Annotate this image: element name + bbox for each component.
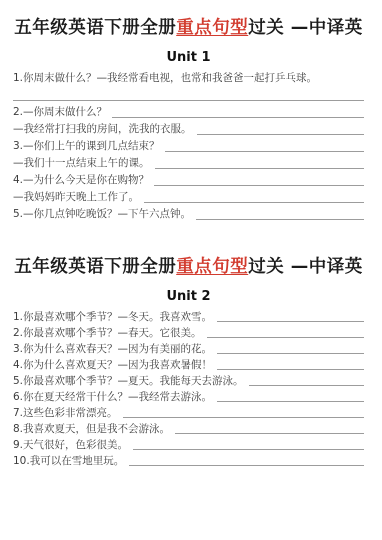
- unit-1-questions: 1.你周末做什么？—我经常看电视，也常和我爸爸一起打乒乓球。2.—你周末做什么？…: [13, 70, 364, 223]
- unit-2-questions: 1.你最喜欢哪个季节？—冬天。我喜欢雪。2.你最喜欢哪个季节？—春天。它很美。3…: [13, 309, 364, 469]
- question-text: —我经常打扫我的房间，洗我的衣服。: [13, 121, 197, 138]
- question-row: 5.—你几点钟吃晚饭？—下午六点钟。: [13, 206, 364, 223]
- question-text: 8.我喜欢夏天，但是我不会游泳。: [13, 421, 175, 437]
- question-row: 4.你为什么喜欢夏天？—因为我喜欢暑假！: [13, 357, 364, 373]
- answer-blank-line: [207, 325, 364, 338]
- answer-blank-line: [133, 437, 364, 450]
- question-row: 10.我可以在雪地里玩。: [13, 453, 364, 469]
- question-row: 9.天气很好，色彩很美。: [13, 437, 364, 453]
- question-row: 6.你在夏天经常干什么？—我经常去游泳。: [13, 389, 364, 405]
- question-row: 2.你最喜欢哪个季节？—春天。它很美。: [13, 325, 364, 341]
- question-row: —我妈妈昨天晚上工作了。: [13, 189, 364, 206]
- question-text: —我妈妈昨天晚上工作了。: [13, 189, 144, 206]
- question-text: 9.天气很好，色彩很美。: [13, 437, 133, 453]
- title-highlight: 重点句型: [176, 18, 248, 38]
- question-text: 3.你为什么喜欢春天？—因为有美丽的花。: [13, 341, 217, 357]
- document-title-repeat: 五年级英语下册全册重点句型过关 —中译英: [13, 255, 364, 279]
- question-text: 6.你在夏天经常干什么？—我经常去游泳。: [13, 389, 217, 405]
- answer-blank-line: [155, 155, 365, 169]
- question-text: 4.你为什么喜欢夏天？—因为我喜欢暑假！: [13, 357, 217, 373]
- answer-blank-line: [197, 121, 365, 135]
- question-row: —我经常打扫我的房间，洗我的衣服。: [13, 121, 364, 138]
- title-text-post: 过关 —中译英: [248, 18, 363, 38]
- answer-blank-line: [217, 341, 364, 354]
- question-row: 3.—你们上午的课到几点结束？: [13, 138, 364, 155]
- unit-2-heading: Unit 2: [13, 289, 364, 305]
- answer-blank-line: [196, 206, 364, 220]
- question-text: 2.—你周末做什么？: [13, 104, 112, 121]
- worksheet-page: 五年级英语下册全册重点句型过关 —中译英 Unit 1 1.你周末做什么？—我经…: [0, 0, 382, 540]
- answer-blank-line: [217, 357, 364, 370]
- question-row: 2.—你周末做什么？: [13, 104, 364, 121]
- question-text: 7.这些色彩非常漂亮。: [13, 405, 123, 421]
- question-row: 7.这些色彩非常漂亮。: [13, 405, 364, 421]
- answer-blank-line: [144, 189, 364, 203]
- question-row: 4.—为什么今天是你在购物？: [13, 172, 364, 189]
- question-text: 10.我可以在雪地里玩。: [13, 453, 129, 469]
- answer-blank-line: [123, 405, 364, 418]
- answer-blank-line: [175, 421, 364, 434]
- question-text: 5.你最喜欢哪个季节？—夏天。我能每天去游泳。: [13, 373, 249, 389]
- answer-blank-line: [217, 389, 364, 402]
- question-row: 1.你周末做什么？—我经常看电视，也常和我爸爸一起打乒乓球。: [13, 70, 364, 87]
- question-text: 4.—为什么今天是你在购物？: [13, 172, 154, 189]
- question-text: —我们十一点结束上午的课。: [13, 155, 155, 172]
- document-title: 五年级英语下册全册重点句型过关 —中译英: [13, 16, 364, 40]
- question-text: 5.—你几点钟吃晚饭？—下午六点钟。: [13, 206, 196, 223]
- question-row: 5.你最喜欢哪个季节？—夏天。我能每天去游泳。: [13, 373, 364, 389]
- unit-1-heading: Unit 1: [13, 50, 364, 66]
- question-text: 1.你最喜欢哪个季节？—冬天。我喜欢雪。: [13, 309, 217, 325]
- answer-blank-line: [13, 87, 364, 101]
- blank-answer-row: [13, 87, 364, 104]
- question-row: 3.你为什么喜欢春天？—因为有美丽的花。: [13, 341, 364, 357]
- title-text-pre: 五年级英语下册全册: [14, 18, 176, 38]
- title-text-post: 过关 —中译英: [248, 257, 363, 277]
- title-text-pre: 五年级英语下册全册: [14, 257, 176, 277]
- question-row: 8.我喜欢夏天，但是我不会游泳。: [13, 421, 364, 437]
- question-row: 1.你最喜欢哪个季节？—冬天。我喜欢雪。: [13, 309, 364, 325]
- answer-blank-line: [165, 138, 364, 152]
- title-highlight: 重点句型: [176, 257, 248, 277]
- question-text: 1.你周末做什么？—我经常看电视，也常和我爸爸一起打乒乓球。: [13, 70, 322, 87]
- answer-blank-line: [112, 104, 364, 118]
- answer-blank-line: [249, 373, 364, 386]
- question-row: —我们十一点结束上午的课。: [13, 155, 364, 172]
- question-text: 3.—你们上午的课到几点结束？: [13, 138, 165, 155]
- question-text: 2.你最喜欢哪个季节？—春天。它很美。: [13, 325, 207, 341]
- answer-blank-line: [129, 453, 364, 466]
- answer-blank-line: [154, 172, 364, 186]
- answer-blank-line: [217, 309, 364, 322]
